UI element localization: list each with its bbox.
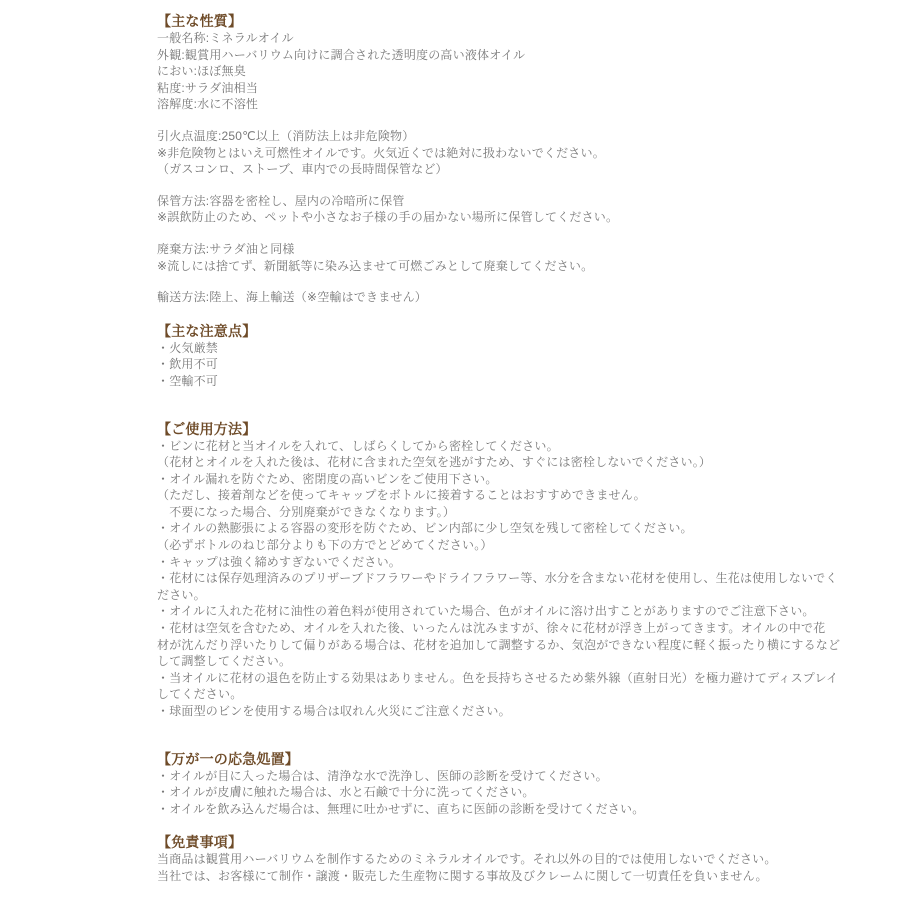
text-line: ・オイルの熱膨張による容器の変形を防ぐため、ビン内部に少し空気を残して密栓してく… bbox=[157, 520, 892, 537]
product-info-document: 【主な性質】一般名称:ミネラルオイル外観:観賞用ハーバリウム向けに調合された透明… bbox=[0, 0, 900, 885]
text-line: して調整してください。 bbox=[157, 653, 892, 670]
paragraph: ・オイルが目に入った場合は、清浄な水で洗浄し、医師の診断を受けてください。・オイ… bbox=[157, 768, 892, 818]
text-line: ・飲用不可 bbox=[157, 356, 892, 373]
text-line: 粘度:サラダ油相当 bbox=[157, 80, 892, 97]
section-heading-emergency-first-aid: 【万が一の応急処置】 bbox=[157, 750, 892, 768]
text-line: （ガスコンロ、ストーブ、車内での長時間保管など） bbox=[157, 161, 892, 178]
text-line: 溶解度:水に不溶性 bbox=[157, 96, 892, 113]
section-main-properties: 【主な性質】一般名称:ミネラルオイル外観:観賞用ハーバリウム向けに調合された透明… bbox=[157, 12, 892, 306]
paragraph: 引火点温度:250℃以上（消防法上は非危険物）※非危険物とはいえ可燃性オイルです… bbox=[157, 128, 892, 178]
text-line: ・当オイルに花材の退色を防止する効果はありません。色を長持ちさせるため紫外線（直… bbox=[157, 670, 892, 687]
paragraph: ・火気厳禁・飲用不可・空輸不可 bbox=[157, 340, 892, 390]
paragraph: 当商品は観賞用ハーバリウムを制作するためのミネラルオイルです。それ以外の目的では… bbox=[157, 851, 892, 884]
section-emergency-first-aid: 【万が一の応急処置】・オイルが目に入った場合は、清浄な水で洗浄し、医師の診断を受… bbox=[157, 750, 892, 818]
text-line: ・花材には保存処理済みのプリザーブドフラワーやドライフラワー等、水分を含まない花… bbox=[157, 570, 892, 587]
text-line: 不要になった場合、分別廃棄ができなくなります。） bbox=[157, 504, 892, 521]
text-line: ・オイルに入れた花材に油性の着色料が使用されていた場合、色がオイルに溶け出すこと… bbox=[157, 603, 892, 620]
paragraph: 輸送方法:陸上、海上輸送（※空輸はできません） bbox=[157, 289, 892, 306]
text-line: してください。 bbox=[157, 686, 892, 703]
text-line: （ただし、接着剤などを使ってキャップをボトルに接着することはおすすめできません。 bbox=[157, 487, 892, 504]
text-line: ・オイルが目に入った場合は、清浄な水で洗浄し、医師の診断を受けてください。 bbox=[157, 768, 892, 785]
text-line: ・球面型のビンを使用する場合は収れん火災にご注意ください。 bbox=[157, 703, 892, 720]
text-line: 外観:観賞用ハーバリウム向けに調合された透明度の高い液体オイル bbox=[157, 47, 892, 64]
text-line: 一般名称:ミネラルオイル bbox=[157, 30, 892, 47]
text-line: ださい。 bbox=[157, 587, 892, 604]
text-line: ※非危険物とはいえ可燃性オイルです。火気近くでは絶対に扱わないでください。 bbox=[157, 145, 892, 162]
paragraph: 一般名称:ミネラルオイル外観:観賞用ハーバリウム向けに調合された透明度の高い液体… bbox=[157, 30, 892, 113]
section-heading-disclaimer: 【免責事項】 bbox=[157, 833, 892, 851]
text-line: ※流しには捨てず、新聞紙等に染み込ませて可燃ごみとして廃棄してください。 bbox=[157, 258, 892, 275]
section-heading-main-properties: 【主な性質】 bbox=[157, 12, 892, 30]
section-disclaimer: 【免責事項】当商品は観賞用ハーバリウムを制作するためのミネラルオイルです。それ以… bbox=[157, 833, 892, 884]
paragraph: ・ビンに花材と当オイルを入れて、しばらくしてから密栓してください。（花材とオイル… bbox=[157, 438, 892, 720]
text-line: 当商品は観賞用ハーバリウムを制作するためのミネラルオイルです。それ以外の目的では… bbox=[157, 851, 892, 868]
product-description-page: 【主な性質】一般名称:ミネラルオイル外観:観賞用ハーバリウム向けに調合された透明… bbox=[0, 0, 900, 900]
text-line: ・ビンに花材と当オイルを入れて、しばらくしてから密栓してください。 bbox=[157, 438, 892, 455]
section-heading-usage-instructions: 【ご使用方法】 bbox=[157, 420, 892, 438]
text-line: ・空輸不可 bbox=[157, 373, 892, 390]
text-line: ※誤飲防止のため、ペットや小さなお子様の手の届かない場所に保管してください。 bbox=[157, 209, 892, 226]
text-line: ・オイル漏れを防ぐため、密閉度の高いビンをご使用下さい。 bbox=[157, 471, 892, 488]
text-line: ・オイルを飲み込んだ場合は、無理に吐かせずに、直ちに医師の診断を受けてください。 bbox=[157, 801, 892, 818]
text-line: 保管方法:容器を密栓し、屋内の冷暗所に保管 bbox=[157, 193, 892, 210]
paragraph: 保管方法:容器を密栓し、屋内の冷暗所に保管※誤飲防止のため、ペットや小さなお子様… bbox=[157, 193, 892, 226]
text-line: （花材とオイルを入れた後は、花材に含まれた空気を逃がすため、すぐには密栓しないで… bbox=[157, 454, 892, 471]
text-line: 材が沈んだり浮いたりして偏りがある場合は、花材を追加して調整するか、気泡ができな… bbox=[157, 637, 892, 654]
section-heading-main-cautions: 【主な注意点】 bbox=[157, 322, 892, 340]
text-line: ・オイルが皮膚に触れた場合は、水と石鹸で十分に洗ってください。 bbox=[157, 784, 892, 801]
text-line: 廃棄方法:サラダ油と同様 bbox=[157, 241, 892, 258]
text-line: 引火点温度:250℃以上（消防法上は非危険物） bbox=[157, 128, 892, 145]
text-line: ・キャップは強く締めすぎないでください。 bbox=[157, 554, 892, 571]
text-line: ・花材は空気を含むため、オイルを入れた後、いったんは沈みますが、徐々に花材が浮き… bbox=[157, 620, 892, 637]
text-line: 当社では、お客様にて制作・譲渡・販売した生産物に関する事故及びクレームに関して一… bbox=[157, 868, 892, 885]
text-line: 輸送方法:陸上、海上輸送（※空輸はできません） bbox=[157, 289, 892, 306]
paragraph: 廃棄方法:サラダ油と同様※流しには捨てず、新聞紙等に染み込ませて可燃ごみとして廃… bbox=[157, 241, 892, 274]
section-main-cautions: 【主な注意点】・火気厳禁・飲用不可・空輸不可 bbox=[157, 322, 892, 390]
text-line: ・火気厳禁 bbox=[157, 340, 892, 357]
section-usage-instructions: 【ご使用方法】・ビンに花材と当オイルを入れて、しばらくしてから密栓してください。… bbox=[157, 420, 892, 720]
text-line: （必ずボトルのねじ部分よりも下の方でとどめてください。） bbox=[157, 537, 892, 554]
text-line: におい:ほぼ無臭 bbox=[157, 63, 892, 80]
